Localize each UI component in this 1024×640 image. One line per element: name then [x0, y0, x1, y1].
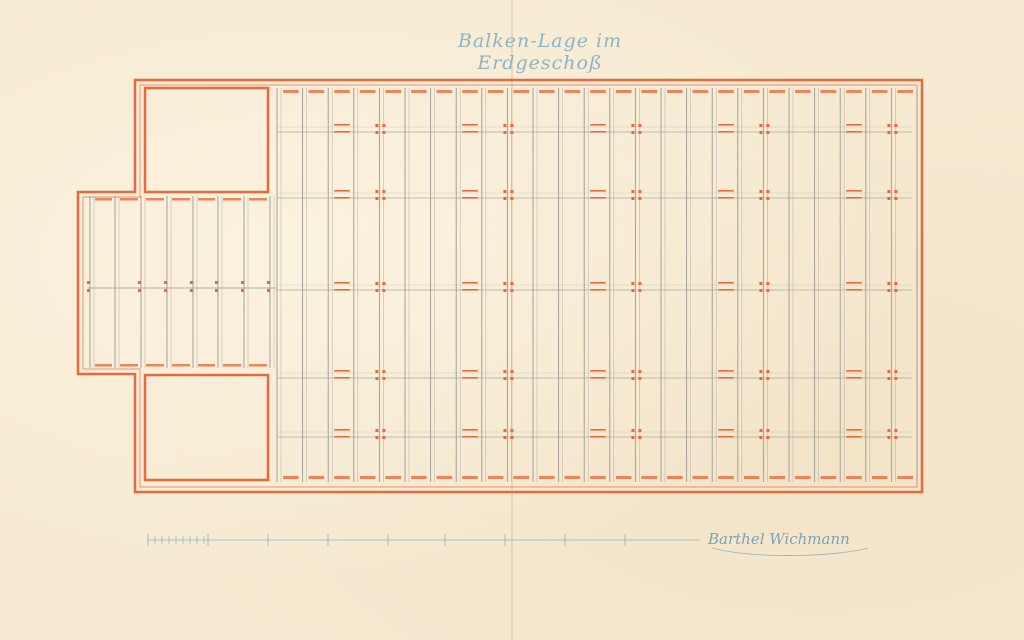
joint-mark — [334, 131, 350, 133]
joint-mark — [759, 289, 762, 292]
wing-joint — [138, 289, 141, 292]
beam-bearing-top — [769, 90, 785, 93]
joint-mark — [718, 429, 734, 431]
joint-mark — [503, 377, 506, 380]
wing-joint — [190, 289, 193, 292]
joint-mark — [462, 197, 478, 199]
wing-joint — [164, 289, 167, 292]
beam-bearing-top — [872, 90, 888, 93]
joint-mark — [894, 289, 897, 292]
joint-mark — [846, 282, 862, 284]
joint-mark — [375, 197, 378, 200]
joint-mark — [334, 190, 350, 192]
joint-mark — [503, 429, 506, 432]
joint-mark — [894, 190, 897, 193]
joint-mark — [510, 429, 513, 432]
joint-mark — [631, 377, 634, 380]
joint-mark — [718, 131, 734, 133]
joint-mark — [894, 197, 897, 200]
joint-mark — [590, 429, 606, 431]
beam-bearing-bottom — [462, 476, 478, 479]
joint-mark — [638, 289, 641, 292]
wing-joint — [138, 281, 141, 284]
wing-bearing-bottom — [120, 364, 138, 367]
wing-joint — [190, 281, 193, 284]
joint-mark — [462, 429, 478, 431]
joint-mark — [510, 282, 513, 285]
joint-mark — [462, 436, 478, 438]
joint-mark — [631, 190, 634, 193]
joint-mark — [759, 377, 762, 380]
joint-mark — [846, 429, 862, 431]
wing-bearing-bottom — [95, 364, 112, 367]
beam-bearing-bottom — [795, 476, 811, 479]
joint-mark — [334, 197, 350, 199]
joint-mark — [759, 124, 762, 127]
beam-bearing-top — [897, 90, 913, 93]
joint-mark — [638, 429, 641, 432]
joint-mark — [846, 197, 862, 199]
joint-mark — [766, 429, 769, 432]
joint-mark — [887, 289, 890, 292]
wing-joint — [215, 281, 218, 284]
joint-mark — [718, 282, 734, 284]
joint-mark — [510, 124, 513, 127]
top-left-room — [145, 88, 268, 192]
wing-joint — [87, 289, 90, 292]
joint-mark — [510, 289, 513, 292]
joint-mark — [846, 436, 862, 438]
joint-mark — [462, 289, 478, 291]
joint-mark — [382, 377, 385, 380]
joint-mark — [631, 429, 634, 432]
joint-mark — [503, 282, 506, 285]
beam-bearing-bottom — [872, 476, 888, 479]
joint-mark — [375, 124, 378, 127]
joint-mark — [766, 282, 769, 285]
beam-bearing-top — [539, 90, 555, 93]
joint-mark — [894, 377, 897, 380]
joint-mark — [638, 197, 641, 200]
beam-bearing-bottom — [334, 476, 350, 479]
beam-bearing-bottom — [488, 476, 504, 479]
joint-mark — [766, 190, 769, 193]
joint-mark — [846, 131, 862, 133]
joint-mark — [846, 190, 862, 192]
joint-mark — [631, 282, 634, 285]
bottom-left-room — [145, 375, 268, 480]
joint-mark — [462, 190, 478, 192]
joint-mark — [375, 131, 378, 134]
joint-mark — [718, 377, 734, 379]
joint-mark — [510, 436, 513, 439]
beam-bearing-top — [565, 90, 581, 93]
beam-bearing-bottom — [616, 476, 632, 479]
joint-mark — [503, 197, 506, 200]
joint-mark — [375, 289, 378, 292]
joint-mark — [638, 370, 641, 373]
joint-mark — [382, 429, 385, 432]
joint-mark — [759, 190, 762, 193]
joint-mark — [503, 190, 506, 193]
beam-bearing-top — [590, 90, 606, 93]
beam-bearing-top — [641, 90, 657, 93]
joint-mark — [887, 124, 890, 127]
joint-mark — [382, 131, 385, 134]
joint-mark — [718, 370, 734, 372]
beam-bearing-bottom — [897, 476, 913, 479]
joint-mark — [631, 289, 634, 292]
joint-mark — [503, 131, 506, 134]
joint-mark — [638, 131, 641, 134]
joint-mark — [887, 429, 890, 432]
joint-mark — [590, 124, 606, 126]
wing-joint — [267, 281, 270, 284]
beam-bearing-bottom — [718, 476, 734, 479]
joint-mark — [503, 436, 506, 439]
joint-mark — [718, 190, 734, 192]
joint-mark — [462, 124, 478, 126]
beam-bearing-bottom — [385, 476, 401, 479]
joint-mark — [334, 370, 350, 372]
wing-joint — [241, 289, 244, 292]
joint-mark — [638, 377, 641, 380]
joint-mark — [894, 124, 897, 127]
beam-bearing-bottom — [309, 476, 325, 479]
joint-mark — [887, 436, 890, 439]
joint-mark — [638, 282, 641, 285]
joint-mark — [375, 190, 378, 193]
joint-mark — [382, 282, 385, 285]
joint-mark — [462, 377, 478, 379]
joint-mark — [590, 190, 606, 192]
joint-mark — [631, 370, 634, 373]
joint-mark — [510, 131, 513, 134]
wing-joint — [215, 289, 218, 292]
joint-mark — [894, 429, 897, 432]
joint-mark — [894, 436, 897, 439]
beam-bearing-bottom — [667, 476, 683, 479]
beam-bearing-bottom — [821, 476, 837, 479]
joint-mark — [590, 131, 606, 133]
wing-joint — [241, 281, 244, 284]
joint-mark — [631, 436, 634, 439]
wing-bearing-top — [172, 198, 190, 201]
signature-flourish — [712, 548, 868, 556]
beam-bearing-top — [385, 90, 401, 93]
wing-bearing-bottom — [146, 364, 164, 367]
joint-mark — [590, 436, 606, 438]
wing-bearing-bottom — [198, 364, 215, 367]
joint-mark — [503, 370, 506, 373]
joint-mark — [334, 377, 350, 379]
joint-mark — [590, 289, 606, 291]
beam-bearing-top — [334, 90, 350, 93]
beam-bearing-top — [462, 90, 478, 93]
beam-bearing-top — [488, 90, 504, 93]
joint-mark — [759, 197, 762, 200]
beam-bearing-bottom — [769, 476, 785, 479]
beam-bearing-top — [283, 90, 299, 93]
beam-bearing-bottom — [437, 476, 453, 479]
beam-bearing-bottom — [283, 476, 299, 479]
beam-bearing-top — [821, 90, 837, 93]
wing-bearing-top — [249, 198, 267, 201]
joint-mark — [503, 289, 506, 292]
beam-bearing-bottom — [590, 476, 606, 479]
beam-bearing-top — [616, 90, 632, 93]
joint-mark — [766, 131, 769, 134]
joint-mark — [382, 289, 385, 292]
joint-mark — [510, 370, 513, 373]
beam-bearing-top — [667, 90, 683, 93]
joint-mark — [894, 282, 897, 285]
beam-bearing-top — [513, 90, 529, 93]
joint-mark — [718, 124, 734, 126]
joint-mark — [462, 282, 478, 284]
beam-bearing-bottom — [565, 476, 581, 479]
joint-mark — [766, 197, 769, 200]
joint-mark — [334, 124, 350, 126]
wing-bearing-top — [146, 198, 164, 201]
joint-mark — [638, 436, 641, 439]
beam-bearing-top — [846, 90, 862, 93]
beam-bearing-bottom — [641, 476, 657, 479]
joint-mark — [759, 282, 762, 285]
joint-mark — [375, 436, 378, 439]
wing-bearing-bottom — [172, 364, 190, 367]
beam-bearing-bottom — [693, 476, 709, 479]
joint-mark — [510, 190, 513, 193]
joint-mark — [846, 124, 862, 126]
beam-bearing-bottom — [411, 476, 427, 479]
beam-bearing-bottom — [360, 476, 376, 479]
joint-mark — [590, 282, 606, 284]
beam-bearing-top — [795, 90, 811, 93]
joint-mark — [375, 370, 378, 373]
joint-mark — [887, 197, 890, 200]
joint-mark — [887, 377, 890, 380]
joint-mark — [462, 131, 478, 133]
wing-bearing-top — [120, 198, 138, 201]
joint-mark — [382, 124, 385, 127]
beam-bearing-top — [744, 90, 760, 93]
wing-joint — [267, 289, 270, 292]
joint-mark — [766, 124, 769, 127]
joint-mark — [887, 190, 890, 193]
joint-mark — [846, 370, 862, 372]
joint-mark — [759, 131, 762, 134]
joint-mark — [718, 289, 734, 291]
wing-joint — [164, 281, 167, 284]
beam-bearing-top — [437, 90, 453, 93]
joint-mark — [375, 377, 378, 380]
joint-mark — [334, 282, 350, 284]
beam-bearing-bottom — [744, 476, 760, 479]
signature: Barthel Wichmann — [708, 530, 850, 548]
joint-mark — [334, 429, 350, 431]
joint-mark — [382, 197, 385, 200]
joint-mark — [638, 124, 641, 127]
joint-mark — [846, 377, 862, 379]
wing-joint — [87, 281, 90, 284]
joint-mark — [503, 124, 506, 127]
joint-mark — [894, 131, 897, 134]
joint-mark — [759, 370, 762, 373]
wing-bearing-bottom — [223, 364, 241, 367]
beam-bearing-top — [309, 90, 325, 93]
wing-bearing-bottom — [249, 364, 267, 367]
joint-mark — [510, 197, 513, 200]
joint-mark — [759, 429, 762, 432]
joint-mark — [334, 289, 350, 291]
joint-mark — [887, 282, 890, 285]
wing-bearing-top — [223, 198, 241, 201]
beam-bearing-top — [718, 90, 734, 93]
joint-mark — [759, 436, 762, 439]
floor-plan — [0, 0, 1024, 640]
joint-mark — [718, 436, 734, 438]
beam-bearing-bottom — [539, 476, 555, 479]
wing-bearing-top — [198, 198, 215, 201]
joint-mark — [846, 289, 862, 291]
outer-wall-inner — [83, 85, 917, 487]
joint-mark — [590, 377, 606, 379]
joint-mark — [766, 436, 769, 439]
joint-mark — [590, 197, 606, 199]
joint-mark — [382, 436, 385, 439]
beam-bearing-top — [411, 90, 427, 93]
beam-bearing-bottom — [513, 476, 529, 479]
joint-mark — [766, 289, 769, 292]
joint-mark — [382, 190, 385, 193]
joint-mark — [766, 370, 769, 373]
beam-bearing-top — [360, 90, 376, 93]
joint-mark — [375, 429, 378, 432]
joint-mark — [462, 370, 478, 372]
joint-mark — [510, 377, 513, 380]
joint-mark — [631, 124, 634, 127]
beam-bearing-bottom — [846, 476, 862, 479]
joint-mark — [590, 370, 606, 372]
beam-bearing-top — [693, 90, 709, 93]
joint-mark — [766, 377, 769, 380]
joint-mark — [375, 282, 378, 285]
wing-bearing-top — [95, 198, 112, 201]
joint-mark — [718, 197, 734, 199]
joint-mark — [887, 370, 890, 373]
joint-mark — [894, 370, 897, 373]
outer-wall — [78, 80, 922, 492]
joint-mark — [638, 190, 641, 193]
joint-mark — [631, 131, 634, 134]
joint-mark — [334, 436, 350, 438]
joint-mark — [382, 370, 385, 373]
joint-mark — [631, 197, 634, 200]
joint-mark — [887, 131, 890, 134]
